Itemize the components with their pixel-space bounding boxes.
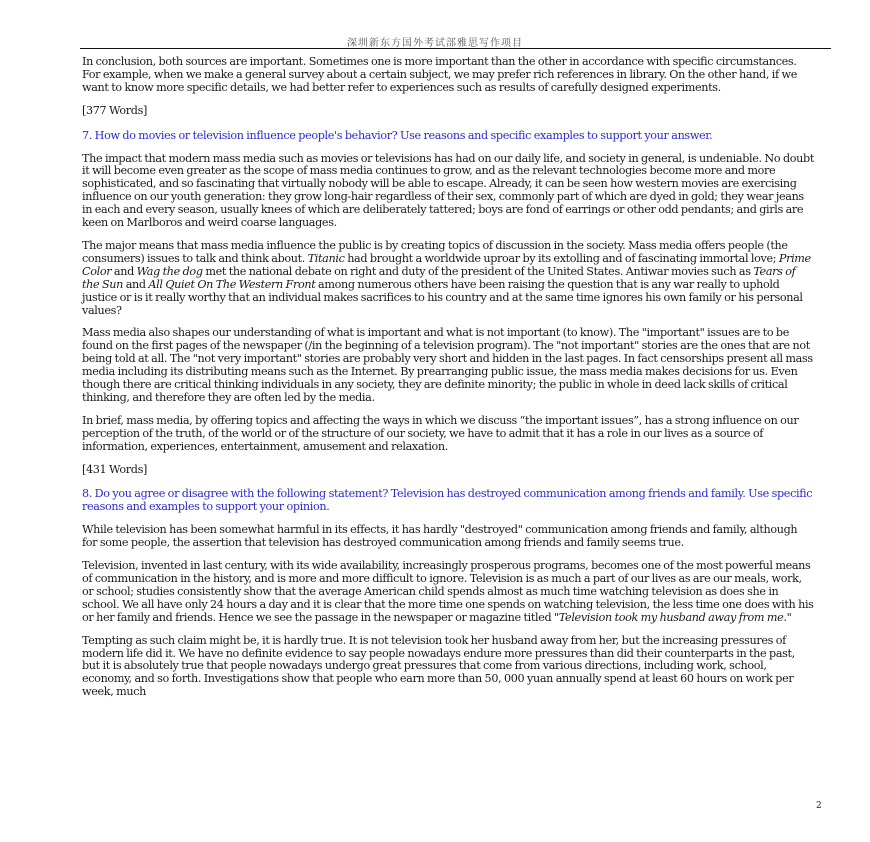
paragraph-impact: The impact that modern mass media such a… (82, 153, 814, 230)
paragraph-television-invented: Television, invented in last century, wi… (82, 560, 814, 625)
paragraph-conclusion: In conclusion, both sources are importan… (82, 56, 814, 95)
movie-title-all-quiet: All Quiet On The Western Front (148, 278, 315, 291)
movie-title-wag-the-dog: Wag the dog (137, 265, 203, 278)
document-page: 深圳新东方国外考试部雅思写作项目 In conclusion, both sou… (0, 0, 870, 842)
text-run: met the national debate on right and dut… (203, 265, 754, 278)
question-8-heading: 8. Do you agree or disagree with the fol… (82, 488, 814, 514)
movie-title-titanic: Titanic (308, 252, 345, 265)
document-body: In conclusion, both sources are importan… (82, 56, 814, 709)
paragraph-shapes-understanding: Mass media also shapes our understanding… (82, 327, 814, 404)
quoted-headline: "Television took my husband away from me… (554, 611, 791, 624)
text-run: and (123, 278, 148, 291)
page-number: 2 (816, 801, 822, 811)
paragraph-in-brief: In brief, mass media, by offering topics… (82, 415, 814, 454)
header-rule-divider (80, 48, 831, 49)
paragraph-somewhat-harmful: While television has been somewhat harmf… (82, 524, 814, 550)
word-count-377: [377 Words] (82, 105, 814, 118)
word-count-431: [431 Words] (82, 464, 814, 477)
question-7-heading: 7. How do movies or television influence… (82, 130, 814, 143)
running-header: 深圳新东方国外考试部雅思写作项目 (0, 34, 870, 49)
text-run: and (111, 265, 136, 278)
text-run: had brought a worldwide uproar by its ex… (345, 252, 779, 265)
paragraph-major-means: The major means that mass media influenc… (82, 240, 814, 317)
paragraph-tempting-claim: Tempting as such claim might be, it is h… (82, 635, 814, 700)
